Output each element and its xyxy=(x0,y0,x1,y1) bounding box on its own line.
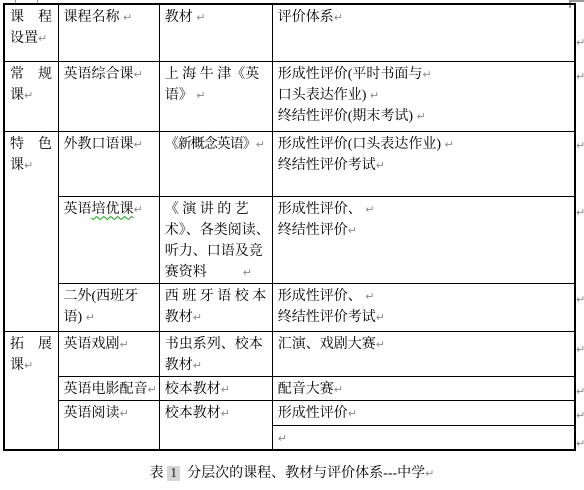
cell-text: 形成性评价 xyxy=(278,406,348,421)
cell-text: 语) xyxy=(64,310,86,325)
cell-eval-reading[interactable]: 形成性评价↵ xyxy=(272,400,575,425)
cell-text: 语》 xyxy=(165,88,197,103)
cell-text: 教材 xyxy=(165,358,193,373)
cell-eval-integrated-english[interactable]: 形成性评价(平时书面与↵ 口头表达作业) ↵ 终结性评价(期末考试) ↵ xyxy=(272,61,575,131)
cell-text: 终结性评价考试 xyxy=(278,158,376,173)
cell-material-spanish-school-based[interactable]: 西 班 牙 语 校 本 教材↵ xyxy=(159,283,272,331)
cell-course-english-enrichment[interactable]: 英语培优课↵ xyxy=(58,196,159,283)
spellcheck-squiggle-text: 培优课 xyxy=(92,202,134,217)
end-of-paragraph-mark: ↵ xyxy=(425,467,434,480)
cell-eval-english-enrichment[interactable]: 形成性评价、 ↵ 终结性评价↵ xyxy=(272,196,575,283)
end-of-cell-mark: ↵ xyxy=(221,383,230,396)
group-cell-special[interactable]: 特 色 课↵ xyxy=(4,131,58,331)
cell-text: 上 海 牛 津《英 xyxy=(165,67,260,82)
end-of-cell-mark: ↵ xyxy=(120,338,129,351)
cell-text: 英语电影配音 xyxy=(64,382,148,397)
cell-text: 课 xyxy=(10,158,24,173)
caption-label: 表 xyxy=(150,466,168,481)
cell-text: 评价体系 xyxy=(278,10,334,25)
cell-eval-empty[interactable]: ↵ xyxy=(272,425,575,450)
end-of-cell-mark: ↵ xyxy=(376,159,385,172)
cell-text: 终结性评价考试 xyxy=(278,310,376,325)
cell-text: 赛资料 xyxy=(165,265,207,280)
end-of-cell-mark: ↵ xyxy=(278,432,287,445)
cell-text: 形成性评价、 xyxy=(278,202,366,217)
cell-text: 二外(西班牙 xyxy=(64,289,139,304)
cell-text: 术》、各类阅读、 xyxy=(165,223,270,238)
cell-text: 英语综合课 xyxy=(64,67,134,82)
cell-text: 形成性评价(口头表达作业) xyxy=(278,137,445,152)
cell-text: 汇演、戏剧大赛 xyxy=(278,337,376,352)
end-of-cell-mark: ↵ xyxy=(243,266,252,279)
end-of-row-mark: ↵ xyxy=(576,70,584,83)
cell-text: 书虫系列、校本 xyxy=(165,337,263,352)
end-of-cell-mark: ↵ xyxy=(193,311,202,324)
cell-material-reading[interactable]: 校本教材↵ xyxy=(159,400,272,450)
end-of-row-mark: ↵ xyxy=(576,437,584,450)
cell-text: 拓 展 xyxy=(10,337,52,352)
cell-eval-dubbing[interactable]: 配音大赛↵ xyxy=(272,376,575,400)
header-cell-course-setup[interactable]: 课 程 设置↵ xyxy=(4,4,58,61)
line-break-mark: ↵ xyxy=(445,138,454,151)
cell-text: 英语戏剧 xyxy=(64,337,120,352)
cell-course-second-foreign-spanish[interactable]: 二外(西班牙 语) ↵ xyxy=(58,283,159,331)
cell-text: 终结性评价 xyxy=(278,223,348,238)
cell-text: 常 规 xyxy=(10,67,52,82)
cell-text: 设置 xyxy=(10,31,38,46)
cell-eval-spanish[interactable]: 形成性评价、 ↵ 终结性评价考试↵ xyxy=(272,283,575,331)
cell-material-shanghai-oxford[interactable]: 上 海 牛 津《英 语》 ↵ xyxy=(159,61,272,131)
end-of-row-mark: ↵ xyxy=(576,206,584,219)
line-break-mark: ↵ xyxy=(365,203,374,216)
end-of-cell-mark: ↵ xyxy=(134,138,143,151)
cell-text: 校本教材 xyxy=(165,406,221,421)
cell-course-english-reading[interactable]: 英语阅读↵ xyxy=(58,400,159,450)
cell-text: 教材 xyxy=(165,310,193,325)
group-cell-regular[interactable]: 常 规 课↵ xyxy=(4,61,58,131)
end-of-cell-mark: ↵ xyxy=(196,11,205,24)
cell-text: 口头表达作业) xyxy=(278,88,370,103)
curriculum-table: 课 程 设置↵ 课程名称 ↵ 教材 ↵ 评价体系↵ 常 规 课↵ 英语综合课↵ … xyxy=(3,3,576,451)
cell-course-english-drama[interactable]: 英语戏剧↵ xyxy=(58,331,159,376)
cell-text: 《新概念英语》 xyxy=(165,137,256,152)
end-of-cell-mark: ↵ xyxy=(256,138,265,151)
cell-material-art-of-speech[interactable]: 《 演 讲 的 艺 术》、各类阅读、 听力、口语及竞 赛资料↵ xyxy=(159,196,272,283)
end-of-row-mark: ↵ xyxy=(576,36,584,49)
cell-material-dubbing[interactable]: 校本教材↵ xyxy=(159,376,272,400)
end-of-cell-mark: ↵ xyxy=(376,338,385,351)
end-of-row-mark: ↵ xyxy=(576,293,584,306)
cell-text: 《 演 讲 的 艺 xyxy=(165,202,249,217)
end-of-cell-mark: ↵ xyxy=(417,110,426,123)
end-of-cell-mark: ↵ xyxy=(134,68,143,81)
cell-text: 英语阅读 xyxy=(64,406,120,421)
header-cell-evaluation[interactable]: 评价体系↵ xyxy=(272,4,575,61)
cell-text: 形成性评价(平时书面与 xyxy=(278,67,423,82)
end-of-cell-mark: ↵ xyxy=(134,203,143,216)
group-cell-expansion[interactable]: 拓 展 课↵ xyxy=(4,331,58,450)
end-of-cell-mark: ↵ xyxy=(348,407,357,420)
cell-material-new-concept[interactable]: 《新概念英语》↵ xyxy=(159,131,272,196)
end-of-cell-mark: ↵ xyxy=(196,89,205,102)
line-break-mark: ↵ xyxy=(370,89,379,102)
end-of-cell-mark: ↵ xyxy=(376,311,385,324)
cell-material-bookworm-series[interactable]: 书虫系列、校本 教材↵ xyxy=(159,331,272,376)
end-of-row-mark: ↵ xyxy=(576,385,584,398)
cell-text: 特 色 xyxy=(10,137,52,152)
cell-text: 听力、口语及竞 xyxy=(165,244,263,259)
cell-text: 外教口语课 xyxy=(64,137,134,152)
end-of-cell-mark: ↵ xyxy=(38,32,47,45)
end-of-cell-mark: ↵ xyxy=(24,159,33,172)
end-of-cell-mark: ↵ xyxy=(123,11,132,24)
end-of-row-mark: ↵ xyxy=(576,409,584,422)
end-of-cell-mark: ↵ xyxy=(221,407,230,420)
end-of-row-mark: ↵ xyxy=(576,139,584,152)
cell-text: 形成性评价、 xyxy=(278,289,366,304)
end-of-cell-mark: ↵ xyxy=(24,359,33,372)
cell-text: 课程名称 xyxy=(64,10,124,25)
end-of-row-mark: ↵ xyxy=(576,343,584,356)
cell-text: 课 程 xyxy=(10,10,52,25)
cell-text: 终结性评价(期末考试) xyxy=(278,109,417,124)
end-of-cell-mark: ↵ xyxy=(348,224,357,237)
cell-text: 课 xyxy=(10,88,24,103)
table-caption: 表 1 分层次的课程、教材与评价体系---中学↵ xyxy=(0,464,584,484)
end-of-cell-mark: ↵ xyxy=(120,407,129,420)
end-of-cell-mark: ↵ xyxy=(334,383,343,396)
cell-text: 课 xyxy=(10,358,24,373)
cell-text: 配音大赛 xyxy=(278,382,334,397)
line-break-mark: ↵ xyxy=(365,290,374,303)
caption-title: 分层次的课程、教材与评价体系---中学 xyxy=(187,466,425,481)
cell-text: 西 班 牙 语 校 本 xyxy=(165,289,267,304)
caption-table-number: 1 xyxy=(167,466,180,481)
cell-eval-drama[interactable]: 汇演、戏剧大赛↵ xyxy=(272,331,575,376)
end-of-cell-mark: ↵ xyxy=(193,359,202,372)
end-of-cell-mark: ↵ xyxy=(24,89,33,102)
cell-course-foreign-teacher-oral[interactable]: 外教口语课↵ xyxy=(58,131,159,196)
cell-text: 校本教材 xyxy=(165,382,221,397)
header-cell-course-name[interactable]: 课程名称 ↵ xyxy=(58,4,159,61)
end-of-cell-mark: ↵ xyxy=(86,311,95,324)
header-cell-material[interactable]: 教材 ↵ xyxy=(159,4,272,61)
cell-text: 教材 xyxy=(165,10,197,25)
cell-text: 英语 xyxy=(64,202,92,217)
line-break-mark: ↵ xyxy=(422,68,431,81)
end-of-cell-mark: ↵ xyxy=(334,11,343,24)
cell-course-movie-dubbing[interactable]: 英语电影配音↵ xyxy=(58,376,159,400)
end-of-cell-mark: ↵ xyxy=(148,383,157,396)
cell-eval-foreign-teacher-oral[interactable]: 形成性评价(口头表达作业) ↵ 终结性评价考试↵ xyxy=(272,131,575,196)
cell-course-integrated-english[interactable]: 英语综合课↵ xyxy=(58,61,159,131)
